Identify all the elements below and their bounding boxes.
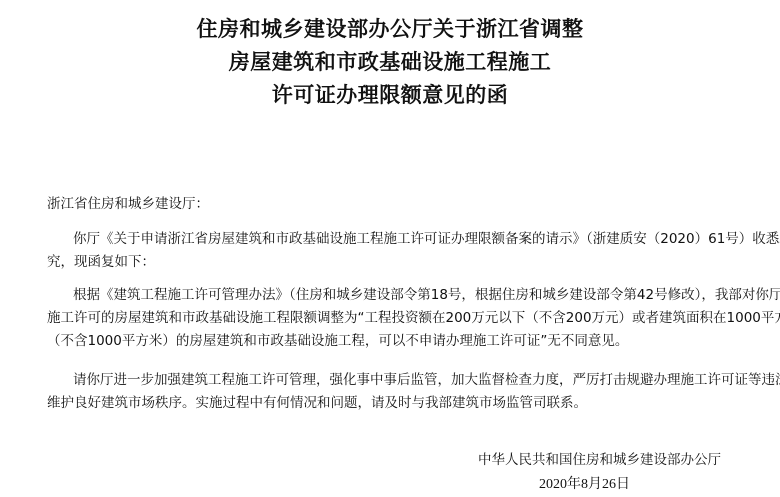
title-line-1: 住房和城乡建设部办公厅关于浙江省调整: [0, 12, 780, 45]
salutation: 浙江省住房和城乡建设厅：: [47, 193, 757, 216]
paragraph-2: 根据《建筑工程施工许可管理办法》（住房和城乡建设部令第18号，根据住房和城乡建设…: [47, 284, 757, 353]
paragraph-1: 你厅《关于申请浙江省房屋建筑和市政基础设施工程施工许可证办理限额备案的请示》（浙…: [47, 228, 757, 274]
title-line-2: 房屋建筑和市政基础设施工程施工: [0, 45, 780, 78]
paragraph-line: 施工许可的房屋建筑和市政基础设施工程限额调整为“工程投资额在200万元以下（不含…: [47, 307, 757, 330]
title-line-3: 许可证办理限额意见的函: [0, 78, 780, 111]
salutation-text: 浙江省住房和城乡建设厅：: [47, 193, 757, 216]
paragraph-line: （不含1000平方米）的房屋建筑和市政基础设施工程，可以不申请办理施工许可证”无…: [47, 330, 757, 353]
paragraph-line: 究，现函复如下：: [47, 251, 757, 274]
paragraph-3: 请你厅进一步加强建筑工程施工许可管理，强化事中事后监管，加大监督检查力度，严厉打…: [47, 369, 757, 415]
signature: 中华人民共和国住房和城乡建设部办公厅: [478, 450, 721, 470]
paragraph-line: 你厅《关于申请浙江省房屋建筑和市政基础设施工程施工许可证办理限额备案的请示》（浙…: [47, 228, 757, 251]
paragraph-line: 请你厅进一步加强建筑工程施工许可管理，强化事中事后监管，加大监督检查力度，严厉打…: [47, 369, 757, 392]
date: 2020年8月26日: [539, 475, 630, 495]
document-title: 住房和城乡建设部办公厅关于浙江省调整 房屋建筑和市政基础设施工程施工 许可证办理…: [0, 12, 780, 111]
paragraph-line: 维护良好建筑市场秩序。实施过程中有何情况和问题，请及时与我部建筑市场监管司联系。: [47, 392, 757, 415]
paragraph-line: 根据《建筑工程施工许可管理办法》（住房和城乡建设部令第18号，根据住房和城乡建设…: [47, 284, 757, 307]
